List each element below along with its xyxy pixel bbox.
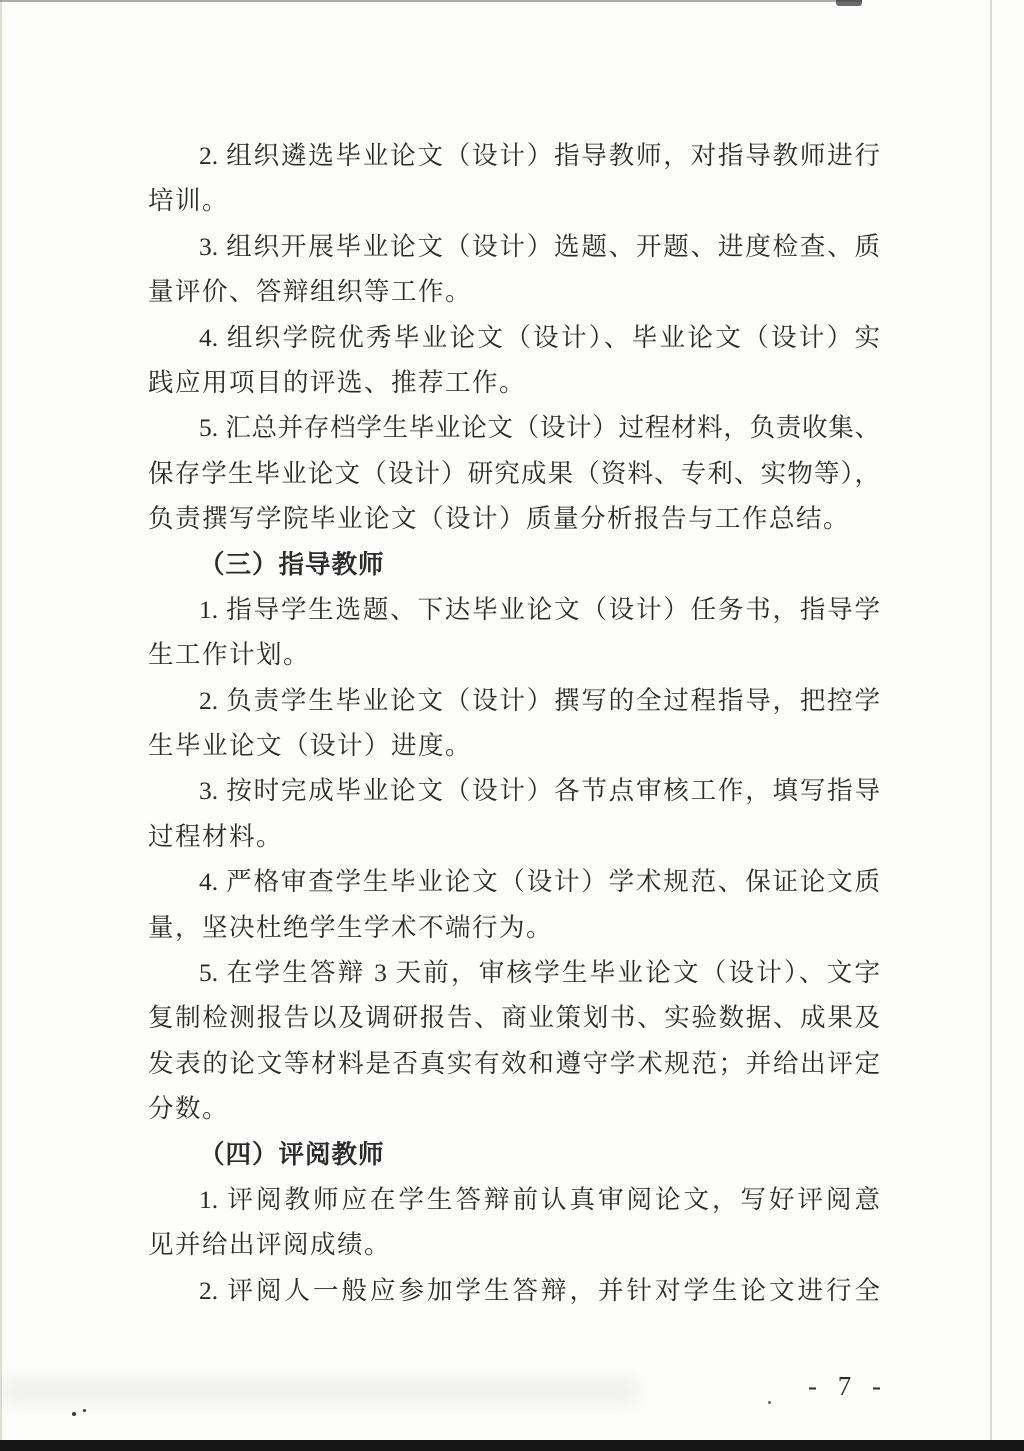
list-item-line: 量，坚决杜绝学生学术不端行为。: [148, 905, 880, 950]
list-item-line: 2. 组织遴选毕业论文（设计）指导教师，对指导教师进行: [148, 133, 880, 178]
list-item-line: 2. 负责学生毕业论文（设计）撰写的全过程指导，把控学: [148, 678, 880, 723]
scan-speck: [83, 1409, 86, 1412]
scan-left-edge-line: [0, 0, 2, 1451]
scan-bottom-black-band: [0, 1440, 1024, 1451]
list-item-line: 3. 按时完成毕业论文（设计）各节点审核工作，填写指导: [148, 768, 880, 813]
scan-right-edge-line: [990, 0, 992, 1443]
list-item-line: 发表的论文等材料是否真实有效和遵守学术规范；并给出评定: [148, 1041, 880, 1086]
scan-top-edge-line: [0, 0, 862, 2]
scan-speck: [72, 1412, 76, 1416]
list-item-line: 践应用项目的评选、推荐工作。: [148, 360, 880, 405]
list-item-line: 量评价、答辩组织等工作。: [148, 269, 880, 314]
list-item-line: 1. 评阅教师应在学生答辩前认真审阅论文，写好评阅意: [148, 1177, 880, 1222]
section-heading: （四）评阅教师: [148, 1132, 880, 1177]
list-item-line: 保存学生毕业论文（设计）研究成果（资料、专利、实物等），: [148, 451, 880, 496]
list-item-line: 生毕业论文（设计）进度。: [148, 723, 880, 768]
section-heading: （三）指导教师: [148, 542, 880, 587]
list-item-line: 1. 指导学生选题、下达毕业论文（设计）任务书，指导学: [148, 587, 880, 632]
page-number: - 7 -: [800, 1371, 896, 1402]
list-item-line: 生工作计划。: [148, 632, 880, 677]
list-item-line: 培训。: [148, 178, 880, 223]
list-item-line: 4. 严格审查学生毕业论文（设计）学术规范、保证论文质: [148, 859, 880, 904]
list-item-line: 负责撰写学院毕业论文（设计）质量分析报告与工作总结。: [148, 496, 880, 541]
list-item-line: 5. 在学生答辩 3 天前，审核学生毕业论文（设计）、文字: [148, 950, 880, 995]
scan-speck: [768, 1401, 771, 1404]
scan-top-blot: [836, 0, 862, 6]
document-body: 2. 组织遴选毕业论文（设计）指导教师，对指导教师进行 培训。 3. 组织开展毕…: [148, 133, 880, 1313]
list-item-line: 复制检测报告以及调研报告、商业策划书、实验数据、成果及: [148, 995, 880, 1040]
list-item-line: 过程材料。: [148, 814, 880, 859]
list-item-line: 见并给出评阅成绩。: [148, 1222, 880, 1267]
scan-smudge: [0, 1376, 640, 1406]
list-item-line: 分数。: [148, 1086, 880, 1131]
list-item-line: 5. 汇总并存档学生毕业论文（设计）过程材料，负责收集、: [148, 405, 880, 450]
list-item-line: 2. 评阅人一般应参加学生答辩，并针对学生论文进行全: [148, 1268, 880, 1313]
list-item-line: 3. 组织开展毕业论文（设计）选题、开题、进度检查、质: [148, 224, 880, 269]
list-item-line: 4. 组织学院优秀毕业论文（设计）、毕业论文（设计）实: [148, 315, 880, 360]
scanned-document-page: { "doc": { "colors": { "ink": "#2a2a2a",…: [0, 0, 1024, 1451]
